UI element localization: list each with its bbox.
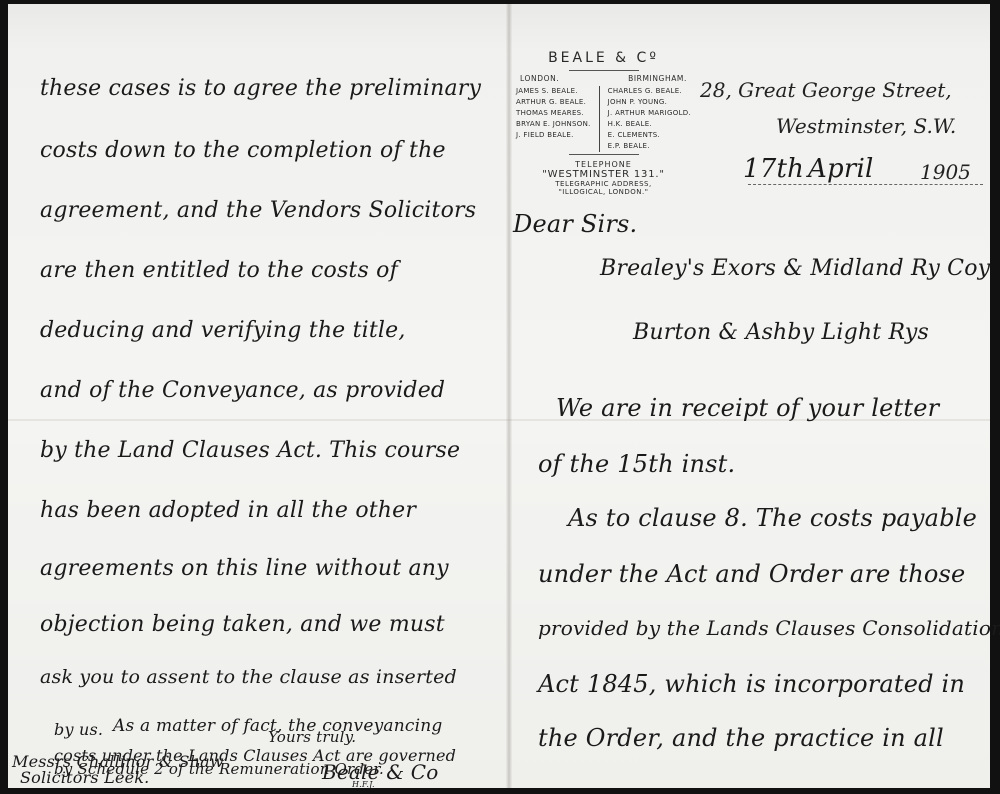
letterhead: BEALE & Cº LONDON. BIRMINGHAM. JAMES S. … xyxy=(516,50,691,196)
right-line-1: We are in receipt of your letter xyxy=(556,394,939,422)
address-line-1: 28, Great George Street, xyxy=(700,78,952,102)
city-birmingham: BIRMINGHAM. xyxy=(628,74,687,83)
left-line-1: these cases is to agree the preliminary xyxy=(40,76,481,101)
addressee-line-2: Solicitors Leek. xyxy=(20,768,149,787)
city-london: LONDON. xyxy=(520,74,559,83)
left-line-2: costs down to the completion of the xyxy=(40,138,446,163)
left-line-3: agreement, and the Vendors Solicitors xyxy=(40,198,476,223)
signature-initials: H.F.J. xyxy=(352,780,375,789)
date-day: 17th xyxy=(743,154,804,184)
right-line-3: As to clause 8. The costs payable xyxy=(568,504,977,532)
right-line-4: under the Act and Order are those xyxy=(538,560,965,588)
left-line-9: agreements on this line without any xyxy=(40,556,449,581)
left-line-7: by the Land Clauses Act. This course xyxy=(40,438,460,463)
birmingham-partners: CHARLES G. BEALE. JOHN P. YOUNG. J. ARTH… xyxy=(608,86,691,152)
left-line-11: ask you to assent to the clause as inser… xyxy=(40,666,457,688)
telegraphic-label: TELEGRAPHIC ADDRESS, xyxy=(516,180,691,188)
left-line-8: has been adopted in all the other xyxy=(40,498,416,523)
left-line-4: are then entitled to the costs of xyxy=(40,258,398,283)
subject-line-1: Brealey's Exors & Midland Ry Coy xyxy=(600,256,990,281)
right-line-7: the Order, and the practice in all xyxy=(538,724,944,752)
telegraphic-address: "ILLOGICAL, LONDON." xyxy=(516,188,691,196)
right-line-5: provided by the Lands Clauses Consolidat… xyxy=(538,616,1000,640)
london-partners: JAMES S. BEALE. ARTHUR G. BEALE. THOMAS … xyxy=(516,86,591,152)
subject-line-2: Burton & Ashby Light Rys xyxy=(633,320,929,345)
date-month: April xyxy=(808,154,873,184)
date-rule xyxy=(748,184,983,185)
right-line-6: Act 1845, which is incorporated in xyxy=(538,670,965,698)
left-line-5: deducing and verifying the title, xyxy=(40,318,406,343)
left-line-6: and of the Conveyance, as provided xyxy=(40,378,445,403)
letter-sheet: these cases is to agree the preliminary … xyxy=(8,4,990,788)
page-fold xyxy=(506,4,512,788)
salutation: Dear Sirs. xyxy=(513,210,637,238)
left-line-10: objection being taken, and we must xyxy=(40,612,445,637)
closing: Yours truly. xyxy=(268,728,356,746)
firm-name: BEALE & Cº xyxy=(516,50,691,66)
signature: Beale & Co xyxy=(322,760,439,784)
right-line-2: of the 15th inst. xyxy=(538,450,735,478)
telephone-label: TELEPHONE xyxy=(516,160,691,169)
left-line-12: by us. xyxy=(54,720,103,739)
date-year: 1905 xyxy=(920,160,971,184)
telephone-number: "WESTMINSTER 131." xyxy=(516,169,691,180)
address-line-2: Westminster, S.W. xyxy=(776,114,956,138)
